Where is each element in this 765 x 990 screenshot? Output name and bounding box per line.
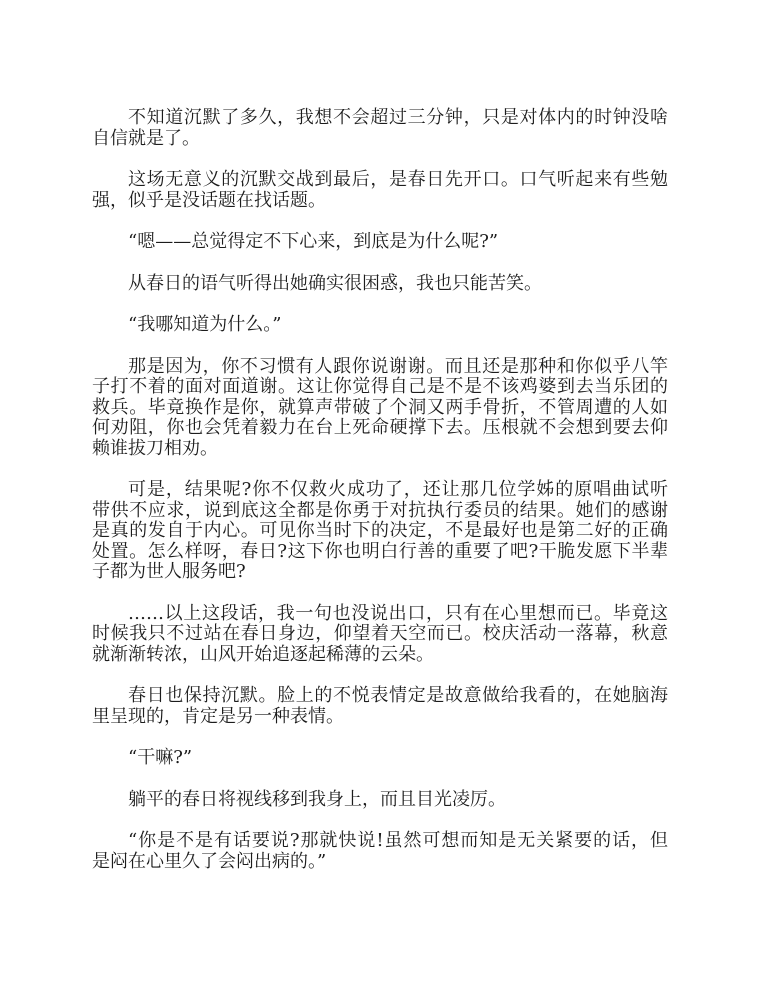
paragraph: “我哪知道为什么。” <box>92 315 668 336</box>
text-line: 就渐渐转浓，山风开始追逐起稀薄的云朵。 <box>92 645 668 666</box>
paragraph: 这场无意义的沉默交战到最后，是春日先开口。口气听起来有些勉 强，似乎是没话题在找… <box>92 170 668 211</box>
text-line: 那是因为，你不习惯有人跟你说谢谢。而且还是那种和你似乎八竿 <box>92 357 668 378</box>
text-line: 何劝阻，你也会凭着毅力在台上死命硬撑下去。压根就不会想到要去仰 <box>92 418 668 439</box>
text-line: 从春日的语气听得出她确实很困惑，我也只能苦笑。 <box>92 274 668 295</box>
text-line: 躺平的春日将视线移到我身上，而且目光凌厉。 <box>92 790 668 811</box>
paragraph: “你是不是有话要说?那就快说!虽然可想而知是无关紧要的话，但 是闷在心里久了会闷… <box>92 831 668 872</box>
text-line: “你是不是有话要说?那就快说!虽然可想而知是无关紧要的话，但 <box>92 831 668 852</box>
text-line: 这场无意义的沉默交战到最后，是春日先开口。口气听起来有些勉 <box>92 170 668 191</box>
text-line: “干嘛?” <box>92 748 668 769</box>
text-line: 里呈现的，肯定是另一种表情。 <box>92 707 668 728</box>
paragraph: 春日也保持沉默。脸上的不悦表情定是故意做给我看的，在她脑海 里呈现的，肯定是另一… <box>92 686 668 727</box>
paragraph: “干嘛?” <box>92 748 668 769</box>
text-line: 子打不着的面对面道谢。这让你觉得自己是不是不该鸡婆到去当乐团的 <box>92 377 668 398</box>
text-line: “嗯——总觉得定不下心来，到底是为什么呢?” <box>92 232 668 253</box>
text-line: ……以上这段话，我一句也没说出口，只有在心里想而已。毕竟这 <box>92 604 668 625</box>
paragraph: 躺平的春日将视线移到我身上，而且目光凌厉。 <box>92 790 668 811</box>
paragraph: 可是，结果呢?你不仅救火成功了，还让那几位学姊的原唱曲试听 带供不应求，说到底这… <box>92 480 668 583</box>
paragraph: 从春日的语气听得出她确实很困惑，我也只能苦笑。 <box>92 274 668 295</box>
paragraph: ……以上这段话，我一句也没说出口，只有在心里想而已。毕竟这 时候我只不过站在春日… <box>92 604 668 666</box>
paragraph: “嗯——总觉得定不下心来，到底是为什么呢?” <box>92 232 668 253</box>
text-line: 时候我只不过站在春日身边，仰望着天空而已。校庆活动一落幕，秋意 <box>92 624 668 645</box>
text-line: 是闷在心里久了会闷出病的。” <box>92 852 668 873</box>
text-line: 强，似乎是没话题在找话题。 <box>92 191 668 212</box>
text-line: 不知道沉默了多久，我想不会超过三分钟，只是对体内的时钟没啥 <box>92 108 668 129</box>
document-page: 不知道沉默了多久，我想不会超过三分钟，只是对体内的时钟没啥 自信就是了。 这场无… <box>0 0 765 990</box>
text-line: 处置。怎么样呀，春日?这下你也明白行善的重要了吧?干脆发愿下半辈 <box>92 542 668 563</box>
text-line: “我哪知道为什么。” <box>92 315 668 336</box>
paragraph: 那是因为，你不习惯有人跟你说谢谢。而且还是那种和你似乎八竿 子打不着的面对面道谢… <box>92 357 668 460</box>
text-line: 春日也保持沉默。脸上的不悦表情定是故意做给我看的，在她脑海 <box>92 686 668 707</box>
paragraph: 不知道沉默了多久，我想不会超过三分钟，只是对体内的时钟没啥 自信就是了。 <box>92 108 668 149</box>
text-body: 不知道沉默了多久，我想不会超过三分钟，只是对体内的时钟没啥 自信就是了。 这场无… <box>92 108 668 893</box>
text-line: 可是，结果呢?你不仅救火成功了，还让那几位学姊的原唱曲试听 <box>92 480 668 501</box>
text-line: 赖谁拔刀相劝。 <box>92 439 668 460</box>
text-line: 救兵。毕竟换作是你，就算声带破了个洞又两手骨折，不管周遭的人如 <box>92 398 668 419</box>
text-line: 是真的发自于内心。可见你当时下的决定，不是最好也是第二好的正确 <box>92 521 668 542</box>
text-line: 带供不应求，说到底这全都是你勇于对抗执行委员的结果。她们的感谢 <box>92 501 668 522</box>
text-line: 自信就是了。 <box>92 129 668 150</box>
text-line: 子都为世人服务吧? <box>92 562 668 583</box>
